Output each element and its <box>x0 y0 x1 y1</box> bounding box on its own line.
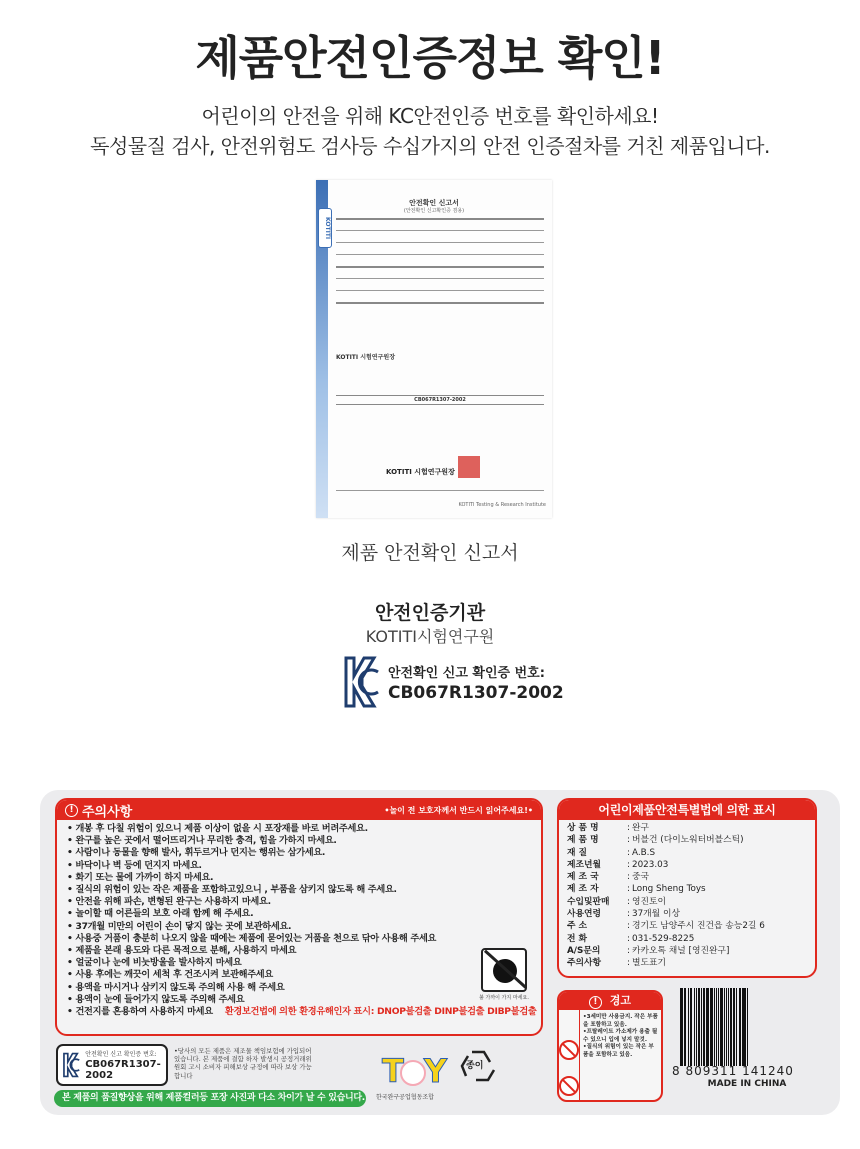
kc-number: CB067R1307-2002 <box>388 683 564 703</box>
list-item: 사람이나 동물을 향해 발사, 휘두르거나 던지는 행위는 삼가세요. <box>67 847 533 859</box>
list-item: 바닥이나 벽 등에 던지지 마세요. <box>67 860 533 872</box>
row-key: 제 조 자 <box>567 883 625 895</box>
warning-item: •3세미만 사용금지. 작은 부품을 포함하고 있음. <box>583 1014 658 1029</box>
certificate-caption: 제품 안전확인 신고서 <box>0 538 860 565</box>
kids-label-row: A/S문의:카카오톡 채널 [영진완구] <box>567 945 807 957</box>
row-key: 재 질 <box>567 847 625 859</box>
row-key: 제조년월 <box>567 859 625 871</box>
row-value: 중국 <box>632 871 649 883</box>
barcode: 8 809311 141240 MADE IN CHINA <box>672 988 822 1088</box>
quality-notice-bar: 본 제품의 품질향상을 위해 제품컬러등 포장 사진과 다소 차이가 날 수 있… <box>54 1090 366 1107</box>
row-value: 별도표기 <box>632 957 666 969</box>
kids-label-row: 수입및판매:영진토이 <box>567 896 807 908</box>
kids-label-row: 상 품 명:완구 <box>567 822 807 834</box>
list-item: 37개월 미만의 어린이 손이 닿지 않는 곳에 보관하세요. <box>67 921 533 933</box>
certificate-issuer: KOTITI 시험연구원장 <box>336 352 395 361</box>
row-value: A.B.S <box>632 847 655 859</box>
kids-label-row: 제 품 명:버블건 (다이노워터버블스틱) <box>567 834 807 846</box>
kids-product-label: 어린이제품안전특별법에 의한 표시 상 품 명:완구제 품 명:버블건 (다이노… <box>557 798 817 978</box>
row-key: 주의사항 <box>567 957 625 969</box>
certificate-subtitle: (안전확인 신고확인증 겸용) <box>316 207 552 214</box>
kotiti-tab: KOTITI <box>318 208 332 248</box>
warning-title: 경고 <box>610 994 631 1007</box>
recycle-paper-mark: 종이 <box>458 1046 498 1086</box>
row-value: 37개월 이상 <box>632 908 680 920</box>
organization-name: KOTITI시험연구원 <box>0 624 860 647</box>
no-under-3-icon <box>559 1040 579 1060</box>
no-fire-caption: 불 가까이 가지 마세요. <box>479 994 529 1001</box>
kids-label-row: 제 조 자:Long Sheng Toys <box>567 883 807 895</box>
certificate-document: KOTITI 안전확인 신고서 (안전확인 신고확인증 겸용) KOTITI 시… <box>316 180 552 518</box>
caution-list: 개봉 후 다칠 위험이 있으니 제품 이상이 없을 시 포장재를 바로 버려주세… <box>57 820 541 1018</box>
row-key: 주 소 <box>567 920 625 932</box>
warning-panel: ! 경고 •3세미만 사용금지. 작은 부품을 포함하고 있음. •프탈레이트 … <box>557 990 663 1102</box>
row-key: 제 조 국 <box>567 871 625 883</box>
row-value: 2023.03 <box>632 859 668 871</box>
kids-label-title: 어린이제품안전특별법에 의한 표시 <box>559 800 815 820</box>
kids-label-row: 제 조 국:중국 <box>567 871 807 883</box>
toy-association-caption: 한국완구공업협동조합 <box>376 1092 434 1101</box>
subtitle-line-1: 어린이의 안전을 위해 KC안전인증 번호를 확인하세요! <box>0 100 860 129</box>
list-item: 화기 또는 물에 가까이 하지 마세요. <box>67 872 533 884</box>
kids-label-row: 주의사항:별도표기 <box>567 957 807 969</box>
bear-face-icon <box>400 1060 426 1086</box>
list-item: 질식의 위험이 있는 작은 제품을 포함하고있으니 , 부품을 삼키지 않도록 … <box>67 884 533 896</box>
list-item-last: 건전지를 혼용하여 사용하지 마세요환경보건법에 의한 환경유해인자 표시: D… <box>67 1006 533 1018</box>
row-value: 031-529-8225 <box>632 933 694 945</box>
row-value: 버블건 (다이노워터버블스틱) <box>632 834 744 846</box>
row-key: A/S문의 <box>567 945 625 957</box>
row-key: 제 품 명 <box>567 834 625 846</box>
kc-certification: 안전확인 신고 확인증 번호: CB067R1307-2002 <box>344 656 564 708</box>
list-item: 용액이 눈에 들어가지 않도록 주의해 주세요 <box>67 994 533 1006</box>
row-value: Long Sheng Toys <box>632 883 706 895</box>
toy-logo: TY <box>382 1052 460 1090</box>
barcode-bars <box>680 988 820 1066</box>
kids-label-row: 재 질:A.B.S <box>567 847 807 859</box>
row-key: 상 품 명 <box>567 822 625 834</box>
official-stamp <box>458 456 480 478</box>
caution-title: 주의사항 <box>82 801 132 820</box>
certificate-number: CB067R1307-2002 <box>336 395 544 405</box>
kids-label-row: 제조년월:2023.03 <box>567 859 807 871</box>
list-item: 용액을 마시거나 삼키지 않도록 주의해 사용 해 주세요 <box>67 982 533 994</box>
no-fire-icon <box>481 948 527 992</box>
row-value: 경기도 남양주시 진건읍 송능2길 6 <box>632 920 765 932</box>
recycle-label: 종이 <box>466 1058 483 1071</box>
insurance-notice: •당사의 모든 제품은 제조물 책임보험에 가입되어 있습니다. 본 제품에 결… <box>174 1047 314 1080</box>
list-item: 사용중 거품이 충분히 나오지 않을 때에는 제품에 묻어있는 거품을 천으로 … <box>67 933 533 945</box>
kc-small-label: 안전확인 신고 확인증 번호: <box>85 1049 166 1058</box>
alert-icon: ! <box>589 996 602 1009</box>
list-item: 개봉 후 다칠 위험이 있으니 제품 이상이 없을 시 포장재를 바로 버려주세… <box>67 823 533 835</box>
kids-label-row: 전 화:031-529-8225 <box>567 933 807 945</box>
kc-mark-icon <box>63 1049 80 1081</box>
certificate-bottom-issuer: KOTITI 시험연구원장 <box>386 467 455 477</box>
no-fire-warning: 불 가까이 가지 마세요. <box>479 948 529 1008</box>
kc-mark-icon <box>344 656 380 708</box>
row-value: 완구 <box>632 822 649 834</box>
barcode-number: 8 809311 141240 <box>672 1064 822 1078</box>
list-item: 얼굴이나 눈에 비눗방울을 발사하지 마세요 <box>67 957 533 969</box>
row-key: 사용연령 <box>567 908 625 920</box>
kids-label-row: 주 소:경기도 남양주시 진건읍 송능2길 6 <box>567 920 807 932</box>
row-key: 수입및판매 <box>567 896 625 908</box>
list-item: 안전을 위해 파손, 변형된 완구는 사용하지 마세요. <box>67 896 533 908</box>
kids-label-row: 사용연령:37개월 이상 <box>567 908 807 920</box>
list-item: 놀이할 때 어른들의 보호 아래 함께 해 주세요. <box>67 908 533 920</box>
package-label: ! 주의사항 •놀이 전 보호자께서 반드시 읽어주세요!• 개봉 후 다칠 위… <box>40 790 840 1115</box>
caution-note: •놀이 전 보호자께서 반드시 읽어주세요!• <box>384 805 533 816</box>
row-value: 카카오톡 채널 [영진완구] <box>632 945 729 957</box>
caution-panel: ! 주의사항 •놀이 전 보호자께서 반드시 읽어주세요!• 개봉 후 다칠 위… <box>55 798 543 1036</box>
organization-label: 안전인증기관 <box>0 598 860 625</box>
origin-label: MADE IN CHINA <box>672 1079 822 1089</box>
list-item: 완구를 높은 곳에서 떨어뜨리거나 무리한 충격, 힘을 가하지 마세요. <box>67 835 533 847</box>
kids-label-rows: 상 품 명:완구제 품 명:버블건 (다이노워터버블스틱)재 질:A.B.S제조… <box>559 820 815 972</box>
warning-item: •프탈레이트 가소제가 용출 될 수 있으니 입에 넣지 말것. <box>583 1029 658 1044</box>
warning-item: •질식의 위험이 있는 작은 부품을 포함하고 있음. <box>583 1044 658 1059</box>
row-value: 영진토이 <box>632 896 666 908</box>
alert-icon: ! <box>65 804 78 817</box>
kc-small-badge: 안전확인 신고 확인증 번호: CB067R1307-2002 <box>56 1044 168 1086</box>
kc-label: 안전확인 신고 확인증 번호: <box>388 662 564 681</box>
list-item: 제품을 본래 용도와 다른 목적으로 분해, 사용하지 마세요 <box>67 945 533 957</box>
certificate-table <box>336 218 544 314</box>
row-key: 전 화 <box>567 933 625 945</box>
no-choking-icon <box>559 1076 579 1096</box>
subtitle-line-2: 독성물질 검사, 안전위험도 검사등 수십가지의 안전 인증절차를 거친 제품입… <box>0 130 860 159</box>
kc-small-number: CB067R1307-2002 <box>85 1059 166 1081</box>
page-title: 제품안전인증정보 확인! <box>0 22 860 88</box>
certificate-footer: KOTITI Testing & Research Institute <box>458 502 546 508</box>
list-item: 사용 후에는 깨끗이 세척 후 건조시켜 보관해주세요 <box>67 969 533 981</box>
